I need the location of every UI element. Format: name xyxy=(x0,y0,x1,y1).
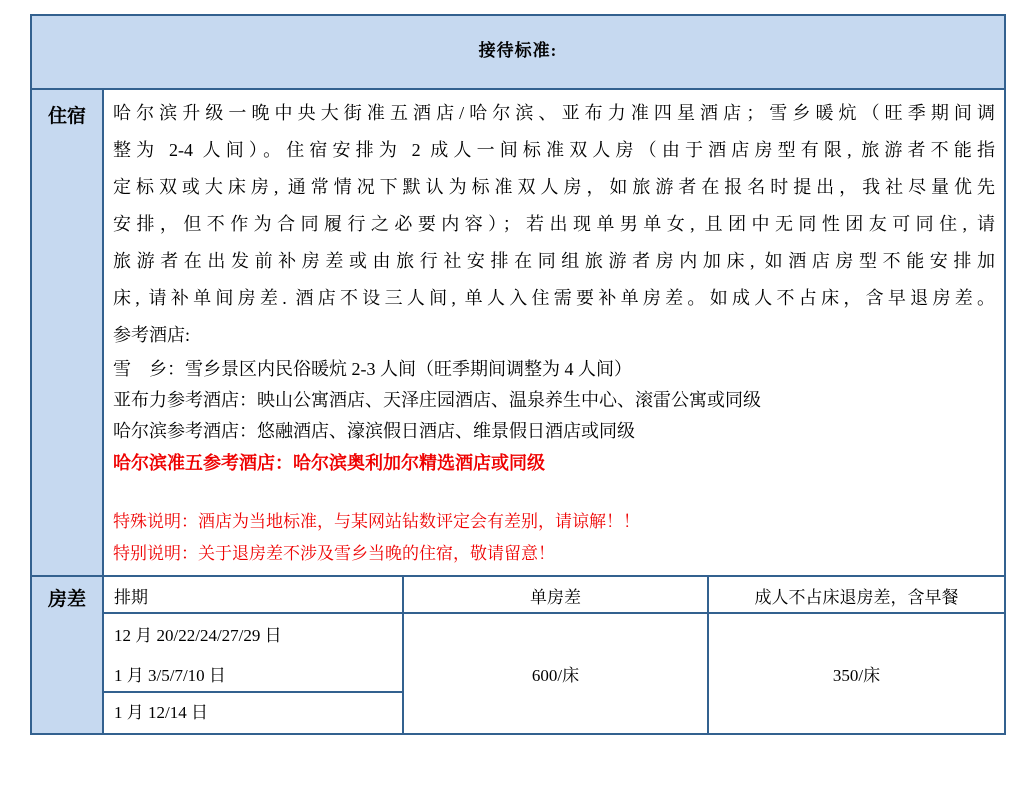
table-title: 接待标准: xyxy=(479,36,558,88)
paragraph-line: 旅游者在出发前补房差或由旅行社安排在同组旅游者房内加床, 如酒店房型不能安排加 xyxy=(113,243,995,280)
schedule-cell-group2: 1 月 12/14 日 xyxy=(104,693,404,733)
accommodation-label: 住宿 xyxy=(48,106,86,127)
accommodation-paragraph: 哈尔滨升级一晚中央大街准五酒店/哈尔滨、亚布力准四星酒店；雪乡暖炕（旺季期间调 … xyxy=(113,95,995,317)
schedule-dates: 12 月 20/22/24/27/29 日 xyxy=(114,616,402,656)
special-notes: 特殊说明：酒店为当地标准，与某网站钻数评定会有差别，请谅解！！ 特别说明：关于退… xyxy=(113,506,995,570)
hotel-line-snowtown: 雪 乡：雪乡景区内民俗暖炕 2-3 人间（旺季期间调整为 4 人间） xyxy=(113,354,995,385)
paragraph-line: 定标双或大床房, 通常情况下默认为标准双人房，如旅游者在报名时提出，我社尽量优先 xyxy=(113,169,995,206)
no-bed-refund-value-cell: 350/床 xyxy=(709,614,1004,733)
column-header-schedule: 排期 xyxy=(104,577,404,614)
column-header-no-bed-refund: 成人不占床退房差，含早餐 xyxy=(709,577,1004,614)
reception-standards-table: 接待标准: 住宿 哈尔滨升级一晚中央大街准五酒店/哈尔滨、亚布力准四星酒店；雪乡… xyxy=(30,14,1006,735)
special-note: 特殊说明：酒店为当地标准，与某网站钻数评定会有差别，请谅解！！ xyxy=(113,506,995,538)
special-note: 特别说明：关于退房差不涉及雪乡当晚的住宿，敬请留意！ xyxy=(113,538,995,570)
accommodation-content-cell: 哈尔滨升级一晚中央大街准五酒店/哈尔滨、亚布力准四星酒店；雪乡暖炕（旺季期间调 … xyxy=(104,90,1004,575)
room-difference-label: 房差 xyxy=(48,589,86,610)
reference-hotels-header: 参考酒店: xyxy=(113,317,995,354)
no-bed-refund-value: 350/床 xyxy=(833,661,880,686)
room-difference-label-cell: 房差 xyxy=(32,577,104,733)
accommodation-row: 住宿 哈尔滨升级一晚中央大街准五酒店/哈尔滨、亚布力准四星酒店；雪乡暖炕（旺季期… xyxy=(32,90,1004,577)
paragraph-line: 整为 2-4 人间）。住宿安排为 2 成人一间标准双人房（由于酒店房型有限, 旅… xyxy=(113,132,995,169)
document-page: 接待标准: 住宿 哈尔滨升级一晚中央大街准五酒店/哈尔滨、亚布力准四星酒店；雪乡… xyxy=(0,0,1036,792)
premium-hotel-line: 哈尔滨准五参考酒店：哈尔滨奥利加尔精选酒店或同级 xyxy=(113,447,995,479)
reference-hotels-list: 雪 乡：雪乡景区内民俗暖炕 2-3 人间（旺季期间调整为 4 人间） 亚布力参考… xyxy=(113,354,995,447)
room-difference-row: 房差 排期 单房差 成人不占床退房差，含早餐 12 月 20/22/24/27/… xyxy=(32,577,1004,733)
paragraph-line: 床, 请补单间房差. 酒店不设三人间, 单人入住需要补单房差。如成人不占床，含早… xyxy=(113,280,995,317)
schedule-dates: 1 月 12/14 日 xyxy=(114,693,402,733)
single-supplement-value: 600/床 xyxy=(532,661,579,686)
hotel-line-harbin: 哈尔滨参考酒店：悠融酒店、濠滨假日酒店、维景假日酒店或同级 xyxy=(113,416,995,447)
hotel-line-yabuli: 亚布力参考酒店：映山公寓酒店、天泽庄园酒店、温泉养生中心、滚雷公寓或同级 xyxy=(113,385,995,416)
column-header-single-supplement: 单房差 xyxy=(404,577,709,614)
room-difference-subtable: 排期 单房差 成人不占床退房差，含早餐 12 月 20/22/24/27/29 … xyxy=(104,577,1004,733)
schedule-cell-group1: 12 月 20/22/24/27/29 日 1 月 3/5/7/10 日 xyxy=(104,614,404,693)
schedule-dates: 1 月 3/5/7/10 日 xyxy=(114,656,402,693)
accommodation-label-cell: 住宿 xyxy=(32,90,104,575)
table-header-row: 接待标准: xyxy=(32,16,1004,90)
single-supplement-value-cell: 600/床 xyxy=(404,614,709,733)
paragraph-line: 哈尔滨升级一晚中央大街准五酒店/哈尔滨、亚布力准四星酒店；雪乡暖炕（旺季期间调 xyxy=(113,95,995,132)
paragraph-line: 安排，但不作为合同履行之必要内容）；若出现单男单女, 且团中无同性团友可同住, … xyxy=(113,206,995,243)
